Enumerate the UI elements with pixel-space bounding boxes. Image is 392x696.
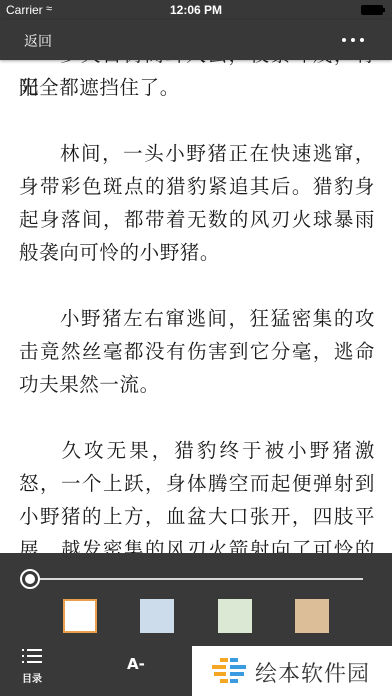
progress-slider-thumb[interactable] [20, 569, 40, 589]
list-icon [22, 649, 42, 663]
watermark: 绘本软件园 [192, 646, 392, 696]
status-bar: Carrier ≈ 12:06 PM [0, 0, 392, 20]
battery-icon [361, 5, 383, 15]
font-decrease-button[interactable]: A- [127, 655, 145, 673]
status-time: 12:06 PM [0, 3, 392, 17]
watermark-text: 绘本软件园 [255, 657, 370, 688]
more-icon [360, 38, 364, 42]
paragraph: 林间，一头小野猪正在快速逃窜，身带彩色斑点的猎豹紧追其后。猎豹身起身落间，都带着… [19, 137, 375, 269]
back-button[interactable]: 返回 [24, 31, 52, 51]
toc-button[interactable]: 目录 [22, 649, 42, 686]
paragraph-text: 小野猪左右窜逃间，狂猛密集的攻击竟然丝毫都没有伤害到它分毫，逃命功夫果然一流。 [19, 307, 375, 396]
paragraph-text: 林间，一头小野猪正在快速逃窜，身带彩色斑点的猎豹紧追其后。猎豹身起身落间，都带着… [19, 142, 375, 264]
more-icon [351, 38, 355, 42]
progress-slider[interactable] [30, 578, 363, 580]
paragraph: 光全都遮挡住了。 [19, 71, 375, 104]
paragraph-text: 光全都遮挡住了。 [19, 76, 180, 99]
theme-swatch-tan[interactable] [295, 599, 329, 633]
theme-swatch-white[interactable] [63, 599, 97, 633]
chapter-text: 乡天古树高耸入云，枝繁叶茂，将阳 光全都遮挡住了。 林间，一头小野猪正在快速逃窜… [19, 38, 375, 632]
theme-swatch-blue[interactable] [140, 599, 174, 633]
toc-label: 目录 [22, 674, 42, 685]
theme-swatch-green[interactable] [218, 599, 252, 633]
paragraph: 小野猪左右窜逃间，狂猛密集的攻击竟然丝毫都没有伤害到它分毫，逃命功夫果然一流。 [19, 302, 375, 401]
more-button[interactable] [342, 30, 364, 50]
watermark-logo-icon [210, 656, 250, 686]
more-icon [342, 38, 346, 42]
nav-bar: 返回 [0, 20, 392, 60]
